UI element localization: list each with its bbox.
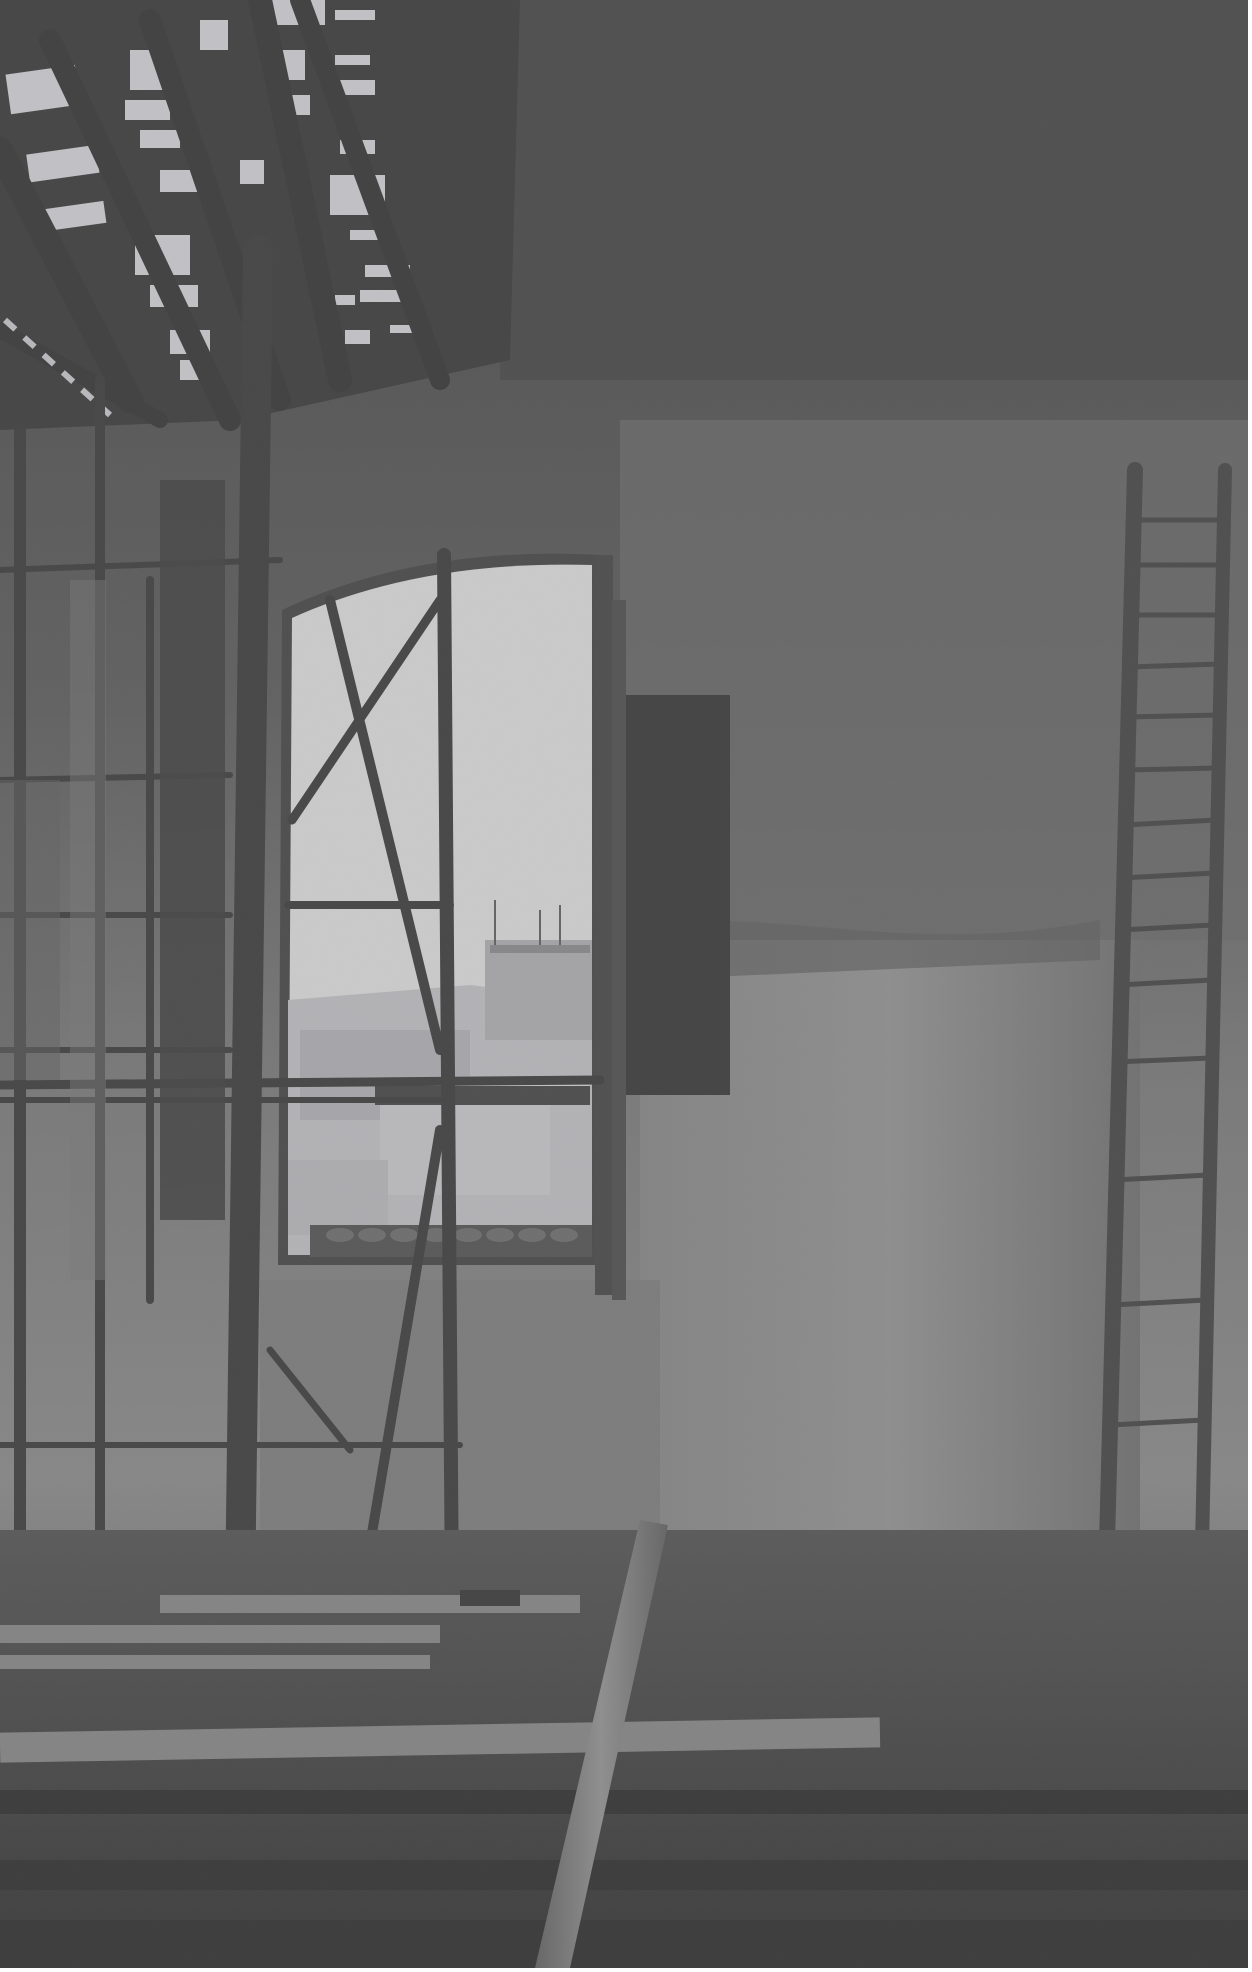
photograph: Black-and-white photograph of a building… xyxy=(0,0,1248,1968)
film-grain xyxy=(0,0,1248,1968)
